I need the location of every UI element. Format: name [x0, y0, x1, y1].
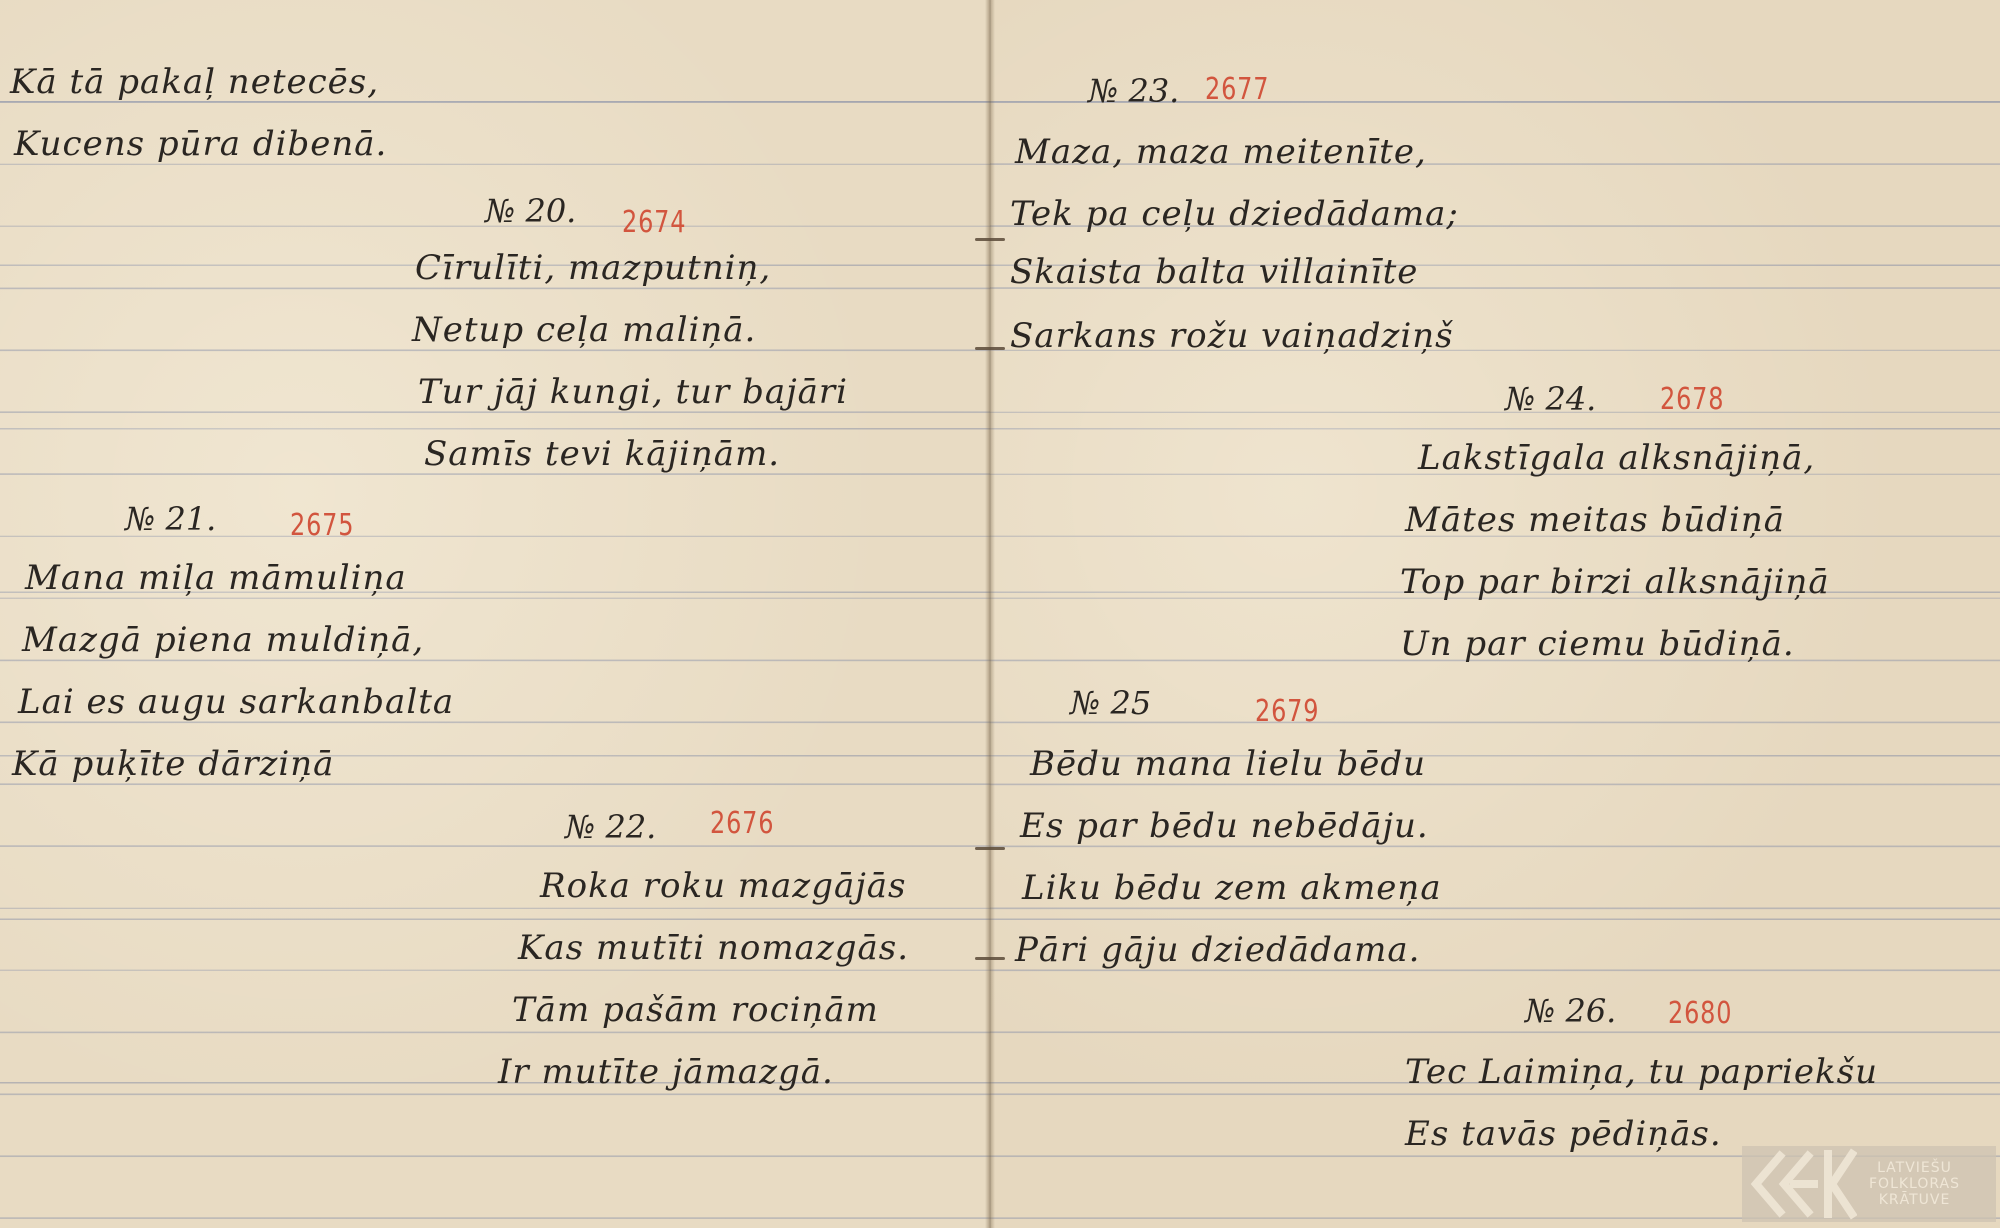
archive-code: 2675 [290, 508, 354, 543]
verse-line: Tec Laimiņa, tu papriekšu [1405, 1052, 1878, 1092]
verse-line: Liku bēdu zem akmeņa [1022, 868, 1442, 908]
song-number: № 22. [565, 808, 656, 846]
verse-line: Ir mutīte jāmazgā. [498, 1052, 834, 1092]
archive-code: 2676 [710, 806, 774, 841]
verse-line: Mana miļa māmuliņa [25, 558, 407, 598]
binding-gutter [985, 0, 995, 1228]
song-number: № 21. [125, 500, 216, 538]
verse-line: Skaista balta villainīte [1010, 252, 1418, 292]
watermark-text: LATVIEŠU FOLKLORAS KRĀTUVE [1869, 1160, 1960, 1208]
verse-line: Pāri gāju dziedādama. [1015, 930, 1420, 970]
verse-line: Kas mutīti nomazgās. [518, 928, 909, 968]
song-number: № 23. [1088, 72, 1179, 110]
verse-line: Un par ciemu būdiņā. [1400, 624, 1795, 664]
verse-line: Bēdu mana lielu bēdu [1030, 744, 1426, 784]
verse-line: Mazgā piena muldiņā, [22, 620, 424, 660]
archive-code: 2677 [1205, 72, 1269, 107]
verse-line: Sarkans rožu vaiņadziņš [1010, 316, 1454, 356]
verse-line: Netup ceļa maliņā. [412, 310, 756, 350]
archive-code: 2678 [1660, 382, 1724, 417]
verse-line: Top par birzi alksnājiņā [1400, 562, 1830, 602]
staple-bottom-1 [975, 847, 1005, 850]
verse-line: Tām pašām rociņām [512, 990, 879, 1030]
verse-line: Maza, maza meitenīte, [1015, 132, 1427, 172]
watermark-line: KRĀTUVE [1869, 1192, 1960, 1208]
right-page [990, 0, 2000, 1228]
verse-line: Kā puķīte dārziņā [12, 744, 334, 784]
watermark-line: FOLKLORAS [1869, 1176, 1960, 1192]
verse-line: Lai es augu sarkanbalta [18, 682, 454, 722]
staple-top-2 [975, 347, 1005, 350]
song-number: № 20. [485, 192, 576, 230]
lfk-watermark: LATVIEŠU FOLKLORAS KRĀTUVE [1742, 1146, 1996, 1222]
verse-line: Cīrulīti, mazputniņ, [415, 248, 771, 288]
archive-code: 2674 [622, 205, 686, 240]
verse-line: Es tavās pēdiņās. [1405, 1114, 1722, 1154]
archive-code: 2679 [1255, 694, 1319, 729]
staple-bottom-2 [975, 957, 1005, 960]
song-number: № 24. [1505, 380, 1596, 418]
verse-line: Kucens pūra dibenā. [14, 124, 387, 164]
lfk-logo-icon [1742, 1146, 1857, 1222]
verse-line: Tek pa ceļu dziedādama; [1010, 194, 1459, 234]
staple-top-1 [975, 238, 1005, 241]
verse-line: Samīs tevi kājiņām. [424, 434, 780, 474]
song-number: № 25 [1070, 684, 1151, 722]
song-number: № 26. [1525, 992, 1616, 1030]
left-page [0, 0, 990, 1228]
verse-line: Es par bēdu nebēdāju. [1020, 806, 1429, 846]
watermark-line: LATVIEŠU [1869, 1160, 1960, 1176]
verse-line: Roka roku mazgājās [540, 866, 907, 906]
verse-line: Tur jāj kungi, tur bajāri [418, 372, 848, 412]
verse-line: Kā tā pakaļ netecēs, [10, 62, 379, 102]
archive-code: 2680 [1668, 996, 1732, 1031]
verse-line: Lakstīgala alksnājiņā, [1418, 438, 1815, 478]
verse-line: Mātes meitas būdiņā [1405, 500, 1785, 540]
